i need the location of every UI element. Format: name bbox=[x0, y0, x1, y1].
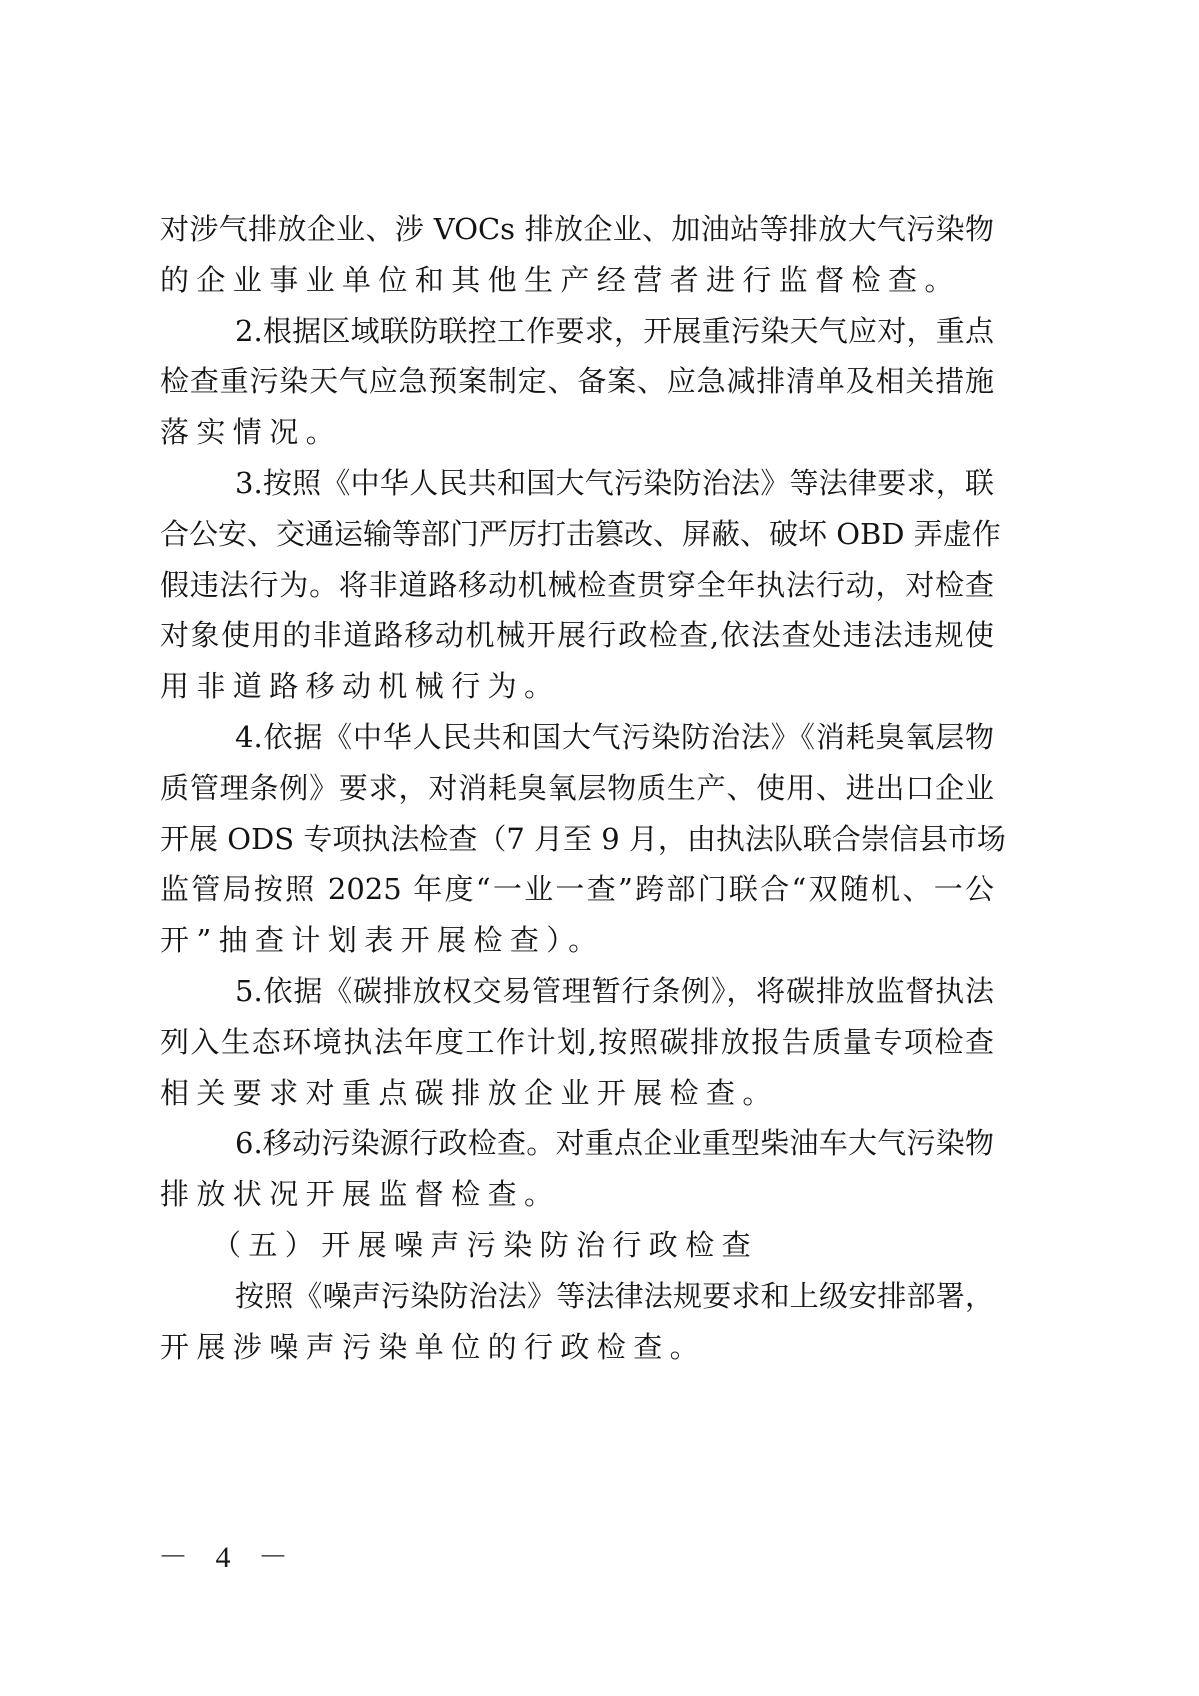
section-heading: （五）开展噪声污染防治行政检查 bbox=[160, 1220, 994, 1271]
paragraph-line: 开展涉噪声污染单位的行政检查。 bbox=[160, 1322, 994, 1373]
paragraph-line: 对涉气排放企业、涉 VOCs 排放企业、加油站等排放大气污染物 bbox=[160, 204, 994, 255]
list-item-3-line: 3.按照《中华人民共和国大气污染防治法》等法律要求，联 bbox=[160, 458, 994, 509]
list-item-4-line: 4.依据《中华人民共和国大气污染防治法》《消耗臭氧层物 bbox=[160, 712, 994, 763]
paragraph-line: 开”抽查计划表开展检查）。 bbox=[160, 915, 994, 966]
paragraph-line: 开展 ODS 专项执法检查（7 月至 9 月，由执法队联合崇信县市场 bbox=[160, 814, 994, 865]
paragraph-line: 列入生态环境执法年度工作计划,按照碳排放报告质量专项检查 bbox=[160, 1017, 994, 1068]
paragraph-line: 假违法行为。将非道路移动机械检查贯穿全年执法行动，对检查 bbox=[160, 560, 994, 611]
document-body: 对涉气排放企业、涉 VOCs 排放企业、加油站等排放大气污染物 的企业事业单位和… bbox=[160, 204, 994, 1372]
paragraph-line: 检查重污染天气应急预案制定、备案、应急减排清单及相关措施 bbox=[160, 356, 994, 407]
paragraph-line: 合公安、交通运输等部门严厉打击篡改、屏蔽、破坏 OBD 弄虚作 bbox=[160, 509, 994, 560]
paragraph-line: 的企业事业单位和其他生产经营者进行监督检查。 bbox=[160, 255, 994, 306]
page-number: － 4 － bbox=[158, 1532, 298, 1576]
paragraph-line: 质管理条例》要求，对消耗臭氧层物质生产、使用、进出口企业 bbox=[160, 763, 994, 814]
paragraph-line: 对象使用的非道路移动机械开展行政检查,依法查处违法违规使 bbox=[160, 610, 994, 661]
paragraph-line: 用非道路移动机械行为。 bbox=[160, 661, 994, 712]
paragraph-line: 落实情况。 bbox=[160, 407, 994, 458]
list-item-6-line: 6.移动污染源行政检查。对重点企业重型柴油车大气污染物 bbox=[160, 1118, 994, 1169]
document-page: 对涉气排放企业、涉 VOCs 排放企业、加油站等排放大气污染物 的企业事业单位和… bbox=[0, 0, 1199, 1696]
list-item-2-line: 2.根据区域联防联控工作要求，开展重污染天气应对，重点 bbox=[160, 306, 994, 357]
paragraph-line: 监管局按照 2025 年度“一业一查”跨部门联合“双随机、一公 bbox=[160, 864, 994, 915]
paragraph-line: 相关要求对重点碳排放企业开展检查。 bbox=[160, 1068, 994, 1119]
paragraph-start-line: 按照《噪声污染防治法》等法律法规要求和上级安排部署， bbox=[160, 1271, 994, 1322]
paragraph-line: 排放状况开展监督检查。 bbox=[160, 1169, 994, 1220]
list-item-5-line: 5.依据《碳排放权交易管理暂行条例》，将碳排放监督执法 bbox=[160, 966, 994, 1017]
